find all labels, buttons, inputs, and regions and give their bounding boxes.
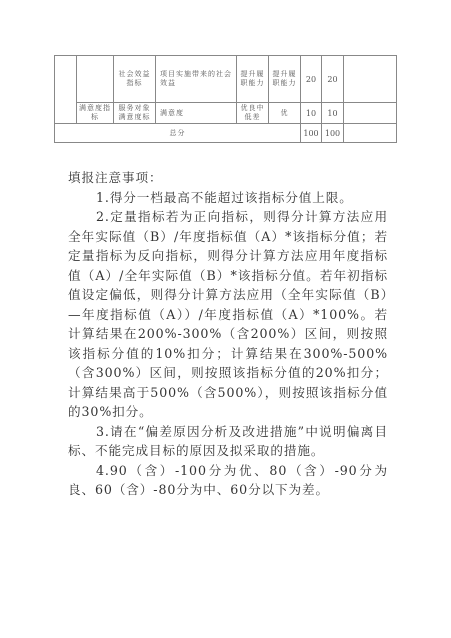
notes-heading: 填报注意事项：	[68, 168, 388, 188]
note-item-2: 2.定量指标若为正向指标，则得分计算方法应用全年实际值（B）/年度指标值（A）*…	[68, 207, 388, 422]
weight-cell: 20	[301, 56, 322, 103]
target-value-cell: 提升履职能力	[237, 56, 269, 103]
weight-cell: 10	[301, 103, 322, 124]
level3-indicator-cell: 满意度	[156, 103, 237, 124]
actual-value-cell: 提升履职能力	[269, 56, 301, 103]
total-row: 总分 100 100	[55, 124, 397, 143]
level2-indicator-cell: 服务对象满意度标	[114, 103, 156, 124]
table-row: 社会效益指标 项目实施带来的社会效益 提升履职能力 提升履职能力 20 20	[55, 56, 397, 103]
level3-indicator-cell: 项目实施带来的社会效益	[156, 56, 237, 103]
level2-indicator-cell: 社会效益指标	[114, 56, 156, 103]
note-item-1: 1.得分一档最高不能超过该指标分值上限。	[68, 188, 388, 208]
table-row: 满意度指标 服务对象满意度标 满意度 优良中低差 优 10 10	[55, 103, 397, 124]
total-remark	[344, 124, 397, 143]
performance-table: 社会效益指标 项目实施带来的社会效益 提升履职能力 提升履职能力 20 20 满…	[54, 55, 397, 143]
target-value-cell: 优良中低差	[237, 103, 269, 124]
level1-indicator-cell: 满意度指标	[77, 103, 114, 124]
total-weight: 100	[301, 124, 322, 143]
total-score: 100	[322, 124, 344, 143]
note-item-4: 4.90（含）-100分为优、80（含）-90分为良、60（含）-80分为中、6…	[68, 461, 388, 500]
filling-notes: 填报注意事项： 1.得分一档最高不能超过该指标分值上限。 2.定量指标若为正向指…	[68, 168, 388, 500]
note-item-3: 3.请在“偏差原因分析及改进措施”中说明偏离目标、不能完成目标的原因及拟采取的措…	[68, 422, 388, 461]
remark-cell	[344, 56, 397, 103]
score-cell: 20	[322, 56, 344, 103]
level1-indicator-cell	[77, 56, 114, 103]
category-cell	[55, 56, 77, 124]
actual-value-cell: 优	[269, 103, 301, 124]
remark-cell	[344, 103, 397, 124]
score-cell: 10	[322, 103, 344, 124]
total-label: 总分	[55, 124, 301, 143]
